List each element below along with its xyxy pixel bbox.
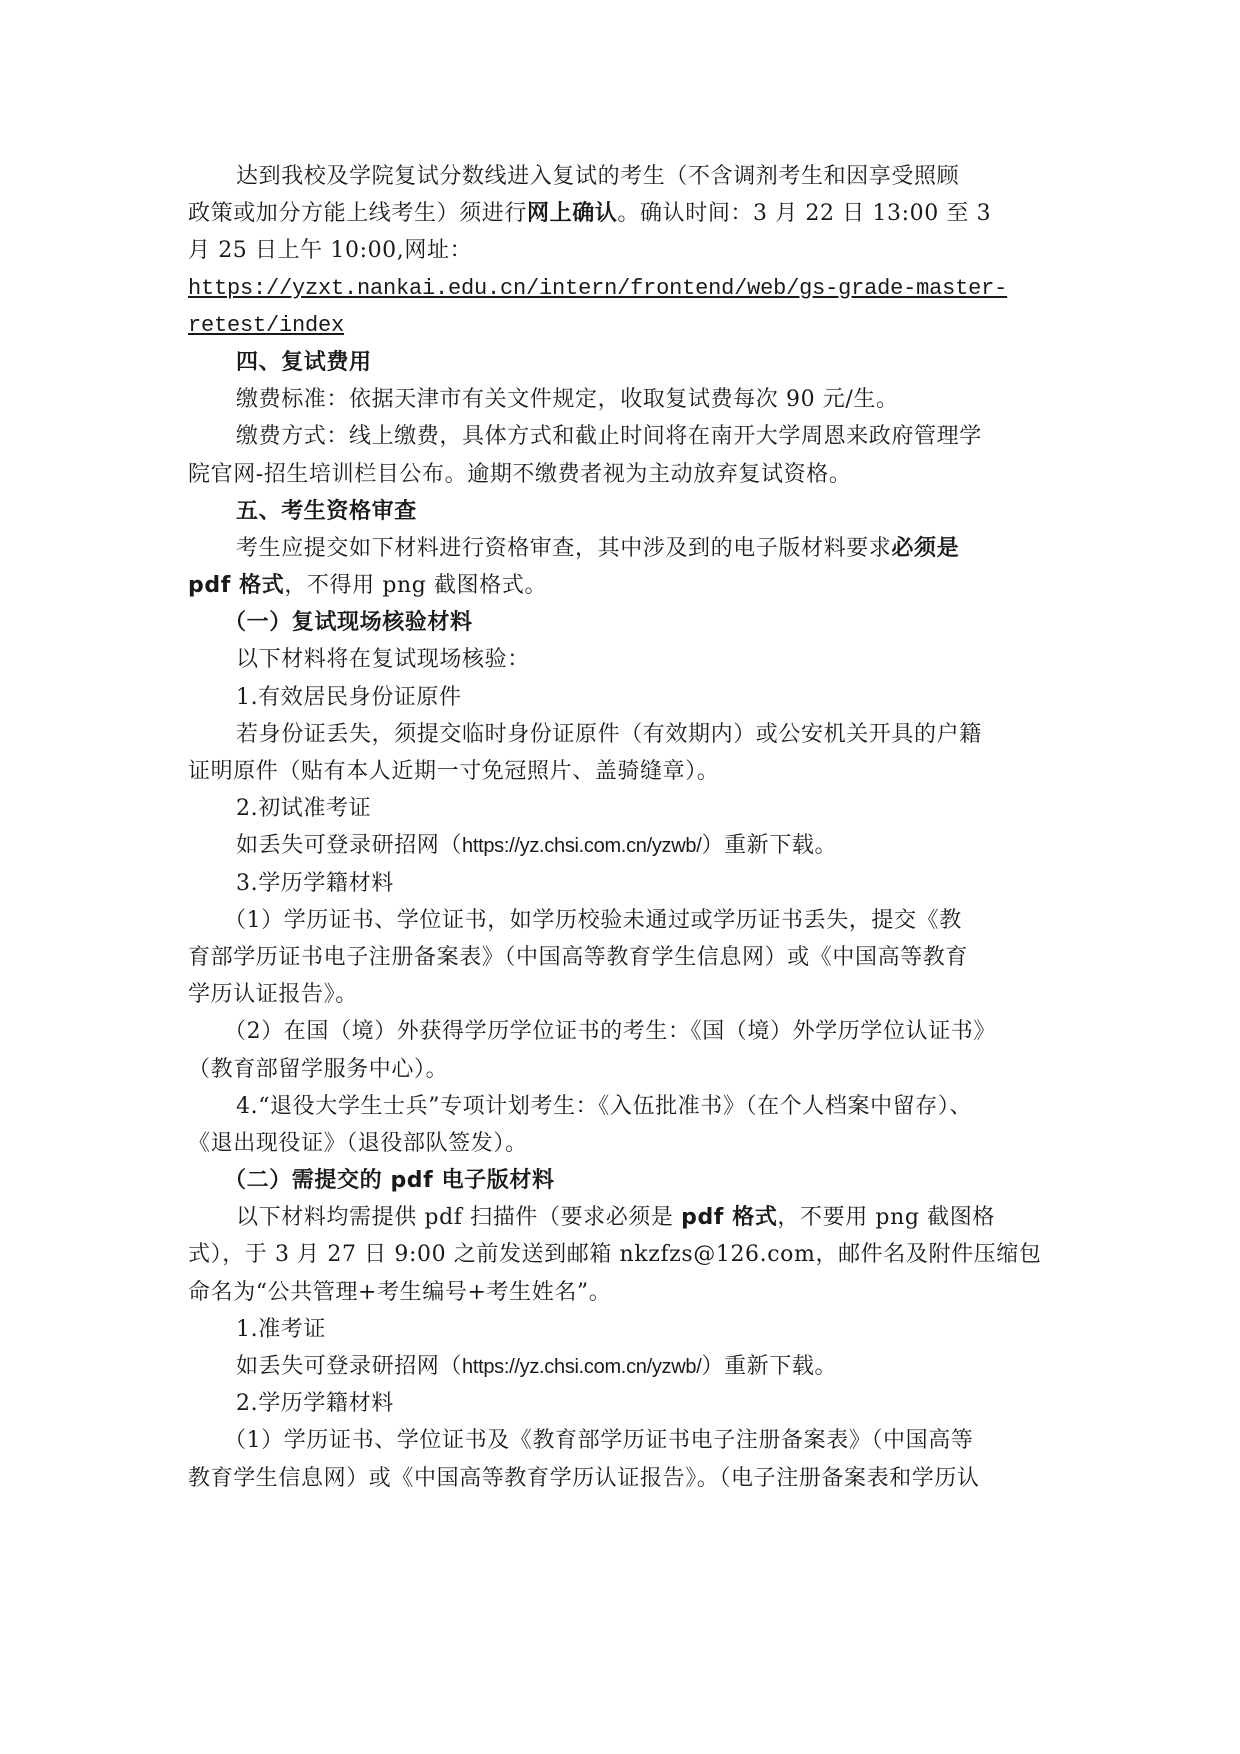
paragraph-line: 若身份证丢失，须提交临时身份证原件（有效期内）或公安机关开具的户籍 — [188, 716, 1058, 753]
emphasis-text: pdf 格式 — [681, 1205, 777, 1230]
text: 以下材料均需提供 pdf 扫描件（要求必须是 — [236, 1205, 681, 1230]
paragraph-line: 达到我校及学院复试分数线进入复试的考生（不含调剂考生和因享受照顾 — [188, 158, 1058, 195]
paragraph-line: （1）学历证书、学位证书及《教育部学历证书电子注册备案表》（中国高等 — [188, 1422, 1058, 1459]
list-item-title: 2.初试准考证 — [188, 790, 1058, 827]
confirmation-url-link[interactable]: retest/index — [188, 313, 344, 338]
paragraph-line: 4.“退役大学生士兵”专项计划考生：《入伍批准书》（在个人档案中留存）、 — [188, 1088, 1058, 1125]
chsi-link[interactable]: https://yz.chsi.com.cn/yzwb/ — [462, 1356, 701, 1378]
paragraph-line: 以下材料均需提供 pdf 扫描件（要求必须是 pdf 格式，不要用 png 截图… — [188, 1199, 1058, 1236]
subsection-heading: （一）复试现场核验材料 — [188, 604, 1058, 641]
confirmation-url-link[interactable]: https://yzxt.nankai.edu.cn/intern/fronte… — [188, 276, 1007, 301]
confirmation-url-line[interactable]: retest/index — [188, 307, 1058, 344]
paragraph-line: 学历认证报告》。 — [188, 976, 1058, 1013]
subsection-heading: （二）需提交的 pdf 电子版材料 — [188, 1162, 1058, 1199]
paragraph-line: 如丢失可登录研招网（https://yz.chsi.com.cn/yzwb/）重… — [188, 827, 1058, 864]
document-page: 达到我校及学院复试分数线进入复试的考生（不含调剂考生和因享受照顾 政策或加分方能… — [188, 158, 1058, 1497]
chsi-link[interactable]: https://yz.chsi.com.cn/yzwb/ — [462, 835, 701, 857]
paragraph-line: 缴费方式：线上缴费，具体方式和截止时间将在南开大学周恩来政府管理学 — [188, 418, 1058, 455]
text: 如丢失可登录研招网（ — [236, 1354, 462, 1379]
paragraph-line: 教育学生信息网）或《中国高等教育学历认证报告》。（电子注册备案表和学历认 — [188, 1460, 1058, 1497]
paragraph-line: 以下材料将在复试现场核验： — [188, 641, 1058, 678]
section-heading: 五、考生资格审查 — [188, 493, 1058, 530]
text: 。确认时间：3 月 22 日 13:00 至 3 — [617, 201, 991, 226]
text: ，不要用 png 截图格 — [777, 1205, 995, 1230]
text: ）重新下载。 — [701, 833, 837, 858]
list-item-title: 1.准考证 — [188, 1311, 1058, 1348]
text: 政策或加分方能上线考生）须进行 — [188, 201, 527, 226]
list-item-title: 1.有效居民身份证原件 — [188, 679, 1058, 716]
confirmation-url-line[interactable]: https://yzxt.nankai.edu.cn/intern/fronte… — [188, 270, 1058, 307]
paragraph-line: （教育部留学服务中心）。 — [188, 1051, 1058, 1088]
paragraph-line: （2）在国（境）外获得学历学位证书的考生：《国（境）外学历学位认证书》 — [188, 1013, 1058, 1050]
text: 考生应提交如下材料进行资格审查，其中涉及到的电子版材料要求 — [236, 536, 891, 561]
paragraph-line: 考生应提交如下材料进行资格审查，其中涉及到的电子版材料要求必须是 — [188, 530, 1058, 567]
emphasis-text: pdf 格式 — [188, 573, 284, 598]
list-item-title: 2.学历学籍材料 — [188, 1385, 1058, 1422]
paragraph-line: 《退出现役证》（退役部队签发）。 — [188, 1125, 1058, 1162]
paragraph-line: 政策或加分方能上线考生）须进行网上确认。确认时间：3 月 22 日 13:00 … — [188, 195, 1058, 232]
emphasis-text: 网上确认 — [527, 201, 617, 226]
paragraph-line: 命名为“公共管理+考生编号+考生姓名”。 — [188, 1274, 1058, 1311]
paragraph-line: 证明原件（贴有本人近期一寸免冠照片、盖骑缝章）。 — [188, 753, 1058, 790]
paragraph-line: （1）学历证书、学位证书，如学历校验未通过或学历证书丢失，提交《教 — [188, 902, 1058, 939]
paragraph-line: 式），于 3 月 27 日 9:00 之前发送到邮箱 nkzfzs@126.co… — [188, 1236, 1058, 1273]
paragraph-line: 缴费标准：依据天津市有关文件规定，收取复试费每次 90 元/生。 — [188, 381, 1058, 418]
paragraph-line: 月 25 日上午 10:00,网址： — [188, 232, 1058, 269]
paragraph-line: 如丢失可登录研招网（https://yz.chsi.com.cn/yzwb/）重… — [188, 1348, 1058, 1385]
emphasis-text: 必须是 — [891, 536, 959, 561]
text: ，不得用 png 截图格式。 — [284, 573, 547, 598]
paragraph-line: 院官网-招生培训栏目公布。逾期不缴费者视为主动放弃复试资格。 — [188, 456, 1058, 493]
section-heading: 四、复试费用 — [188, 344, 1058, 381]
list-item-title: 3.学历学籍材料 — [188, 865, 1058, 902]
paragraph-line: 育部学历证书电子注册备案表》（中国高等教育学生信息网）或《中国高等教育 — [188, 939, 1058, 976]
text: ）重新下载。 — [701, 1354, 837, 1379]
text: 如丢失可登录研招网（ — [236, 833, 462, 858]
paragraph-line: pdf 格式，不得用 png 截图格式。 — [188, 567, 1058, 604]
